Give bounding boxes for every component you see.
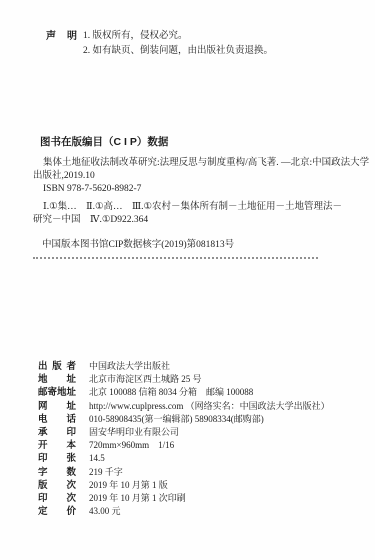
cip-classification-line-1: Ⅰ.①集… Ⅱ.①高… Ⅲ.①农村－集体所有制－土地征用－土地管理法－ xyxy=(33,201,342,214)
cip-description-line-2: 出版社,2019.10 xyxy=(33,170,369,183)
table-row-printer: 承 印 固安华明印业有限公司 xyxy=(38,426,330,439)
cip-classification: Ⅰ.①集… Ⅱ.①高… Ⅲ.①农村－集体所有制－土地征用－土地管理法－ 研究－中… xyxy=(33,201,342,227)
cip-heading: 图书在版编目（C I P）数据 xyxy=(40,134,168,149)
statement-label: 声 明 xyxy=(46,29,77,44)
row-label: 印 次 xyxy=(38,492,76,505)
cip-isbn: ISBN 978-7-5620-8982-7 xyxy=(33,183,369,196)
row-label: 地 址 xyxy=(38,373,76,386)
row-label: 定 价 xyxy=(38,505,76,518)
publication-info-section: 出 版 者 中国政法大学出版社 地 址 北京市海淀区西土城路 25 号 邮寄地址… xyxy=(38,360,330,518)
book-copyright-page: 声 明 1. 版权所有，侵权必究。 2. 如有缺页、倒装问题，由出版社负责退换。… xyxy=(0,0,375,560)
row-label: 版 次 xyxy=(38,479,76,492)
row-label: 邮寄地址 xyxy=(38,386,76,399)
row-label: 网 址 xyxy=(38,400,76,413)
row-value: 010-58908435(第一编辑部) 58908334(邮购部) xyxy=(89,413,264,426)
row-value: http://www.cuplpress.com （网络实名：中国政法大学出版社… xyxy=(89,400,330,413)
statement-item-1: 1. 版权所有，侵权必究。 xyxy=(83,29,273,44)
row-value: 2019 年 10 月第 1 次印刷 xyxy=(89,492,186,505)
row-value: 中国政法大学出版社 xyxy=(89,360,170,373)
row-value: 固安华明印业有限公司 xyxy=(89,426,179,439)
row-value: 43.00 元 xyxy=(89,505,121,518)
row-label: 承 印 xyxy=(38,426,76,439)
table-row-word-count: 字 数 219 千字 xyxy=(38,466,330,479)
dotted-divider xyxy=(33,257,318,259)
row-value: 219 千字 xyxy=(89,466,123,479)
statement-items: 1. 版权所有，侵权必究。 2. 如有缺页、倒装问题，由出版社负责退换。 xyxy=(83,29,273,59)
row-label: 开 本 xyxy=(38,439,76,452)
table-row-edition: 版 次 2019 年 10 月第 1 版 xyxy=(38,479,330,492)
row-value: 2019 年 10 月第 1 版 xyxy=(89,479,168,492)
row-label: 出 版 者 xyxy=(38,360,76,373)
table-row-telephone: 电 话 010-58908435(第一编辑部) 58908334(邮购部) xyxy=(38,413,330,426)
table-row-website: 网 址 http://www.cuplpress.com （网络实名：中国政法大… xyxy=(38,400,330,413)
statement-section: 声 明 1. 版权所有，侵权必究。 2. 如有缺页、倒装问题，由出版社负责退换。 xyxy=(46,29,273,59)
row-label: 字 数 xyxy=(38,466,76,479)
row-label: 电 话 xyxy=(38,413,76,426)
table-row-format: 开 本 720mm×960mm 1/16 xyxy=(38,439,330,452)
statement-item-2: 2. 如有缺页、倒装问题，由出版社负责退换。 xyxy=(83,44,273,59)
table-row-price: 定 价 43.00 元 xyxy=(38,505,330,518)
cip-description: 集体土地征收法制改革研究:法理反思与制度重构/高飞著. —北京:中国政法大学 出… xyxy=(33,157,369,196)
row-value: 北京市海淀区西土城路 25 号 xyxy=(89,373,202,386)
cip-classification-line-2: 研究－中国 Ⅳ.①D922.364 xyxy=(33,214,342,227)
table-row-publisher: 出 版 者 中国政法大学出版社 xyxy=(38,360,330,373)
cip-description-line-1: 集体土地征收法制改革研究:法理反思与制度重构/高飞著. —北京:中国政法大学 xyxy=(33,157,369,170)
row-value: 720mm×960mm 1/16 xyxy=(89,439,174,452)
table-row-address: 地 址 北京市海淀区西土城路 25 号 xyxy=(38,373,330,386)
table-row-mailing-address: 邮寄地址 北京 100088 信箱 8034 分箱 邮编 100088 xyxy=(38,386,330,399)
row-label: 印 张 xyxy=(38,452,76,465)
table-row-printing: 印 次 2019 年 10 月第 1 次印刷 xyxy=(38,492,330,505)
cip-record-number: 中国版本图书馆CIP数据核字(2019)第081813号 xyxy=(42,236,234,250)
row-value: 14.5 xyxy=(89,452,105,465)
row-value: 北京 100088 信箱 8034 分箱 邮编 100088 xyxy=(89,386,253,399)
table-row-printed-sheets: 印 张 14.5 xyxy=(38,452,330,465)
